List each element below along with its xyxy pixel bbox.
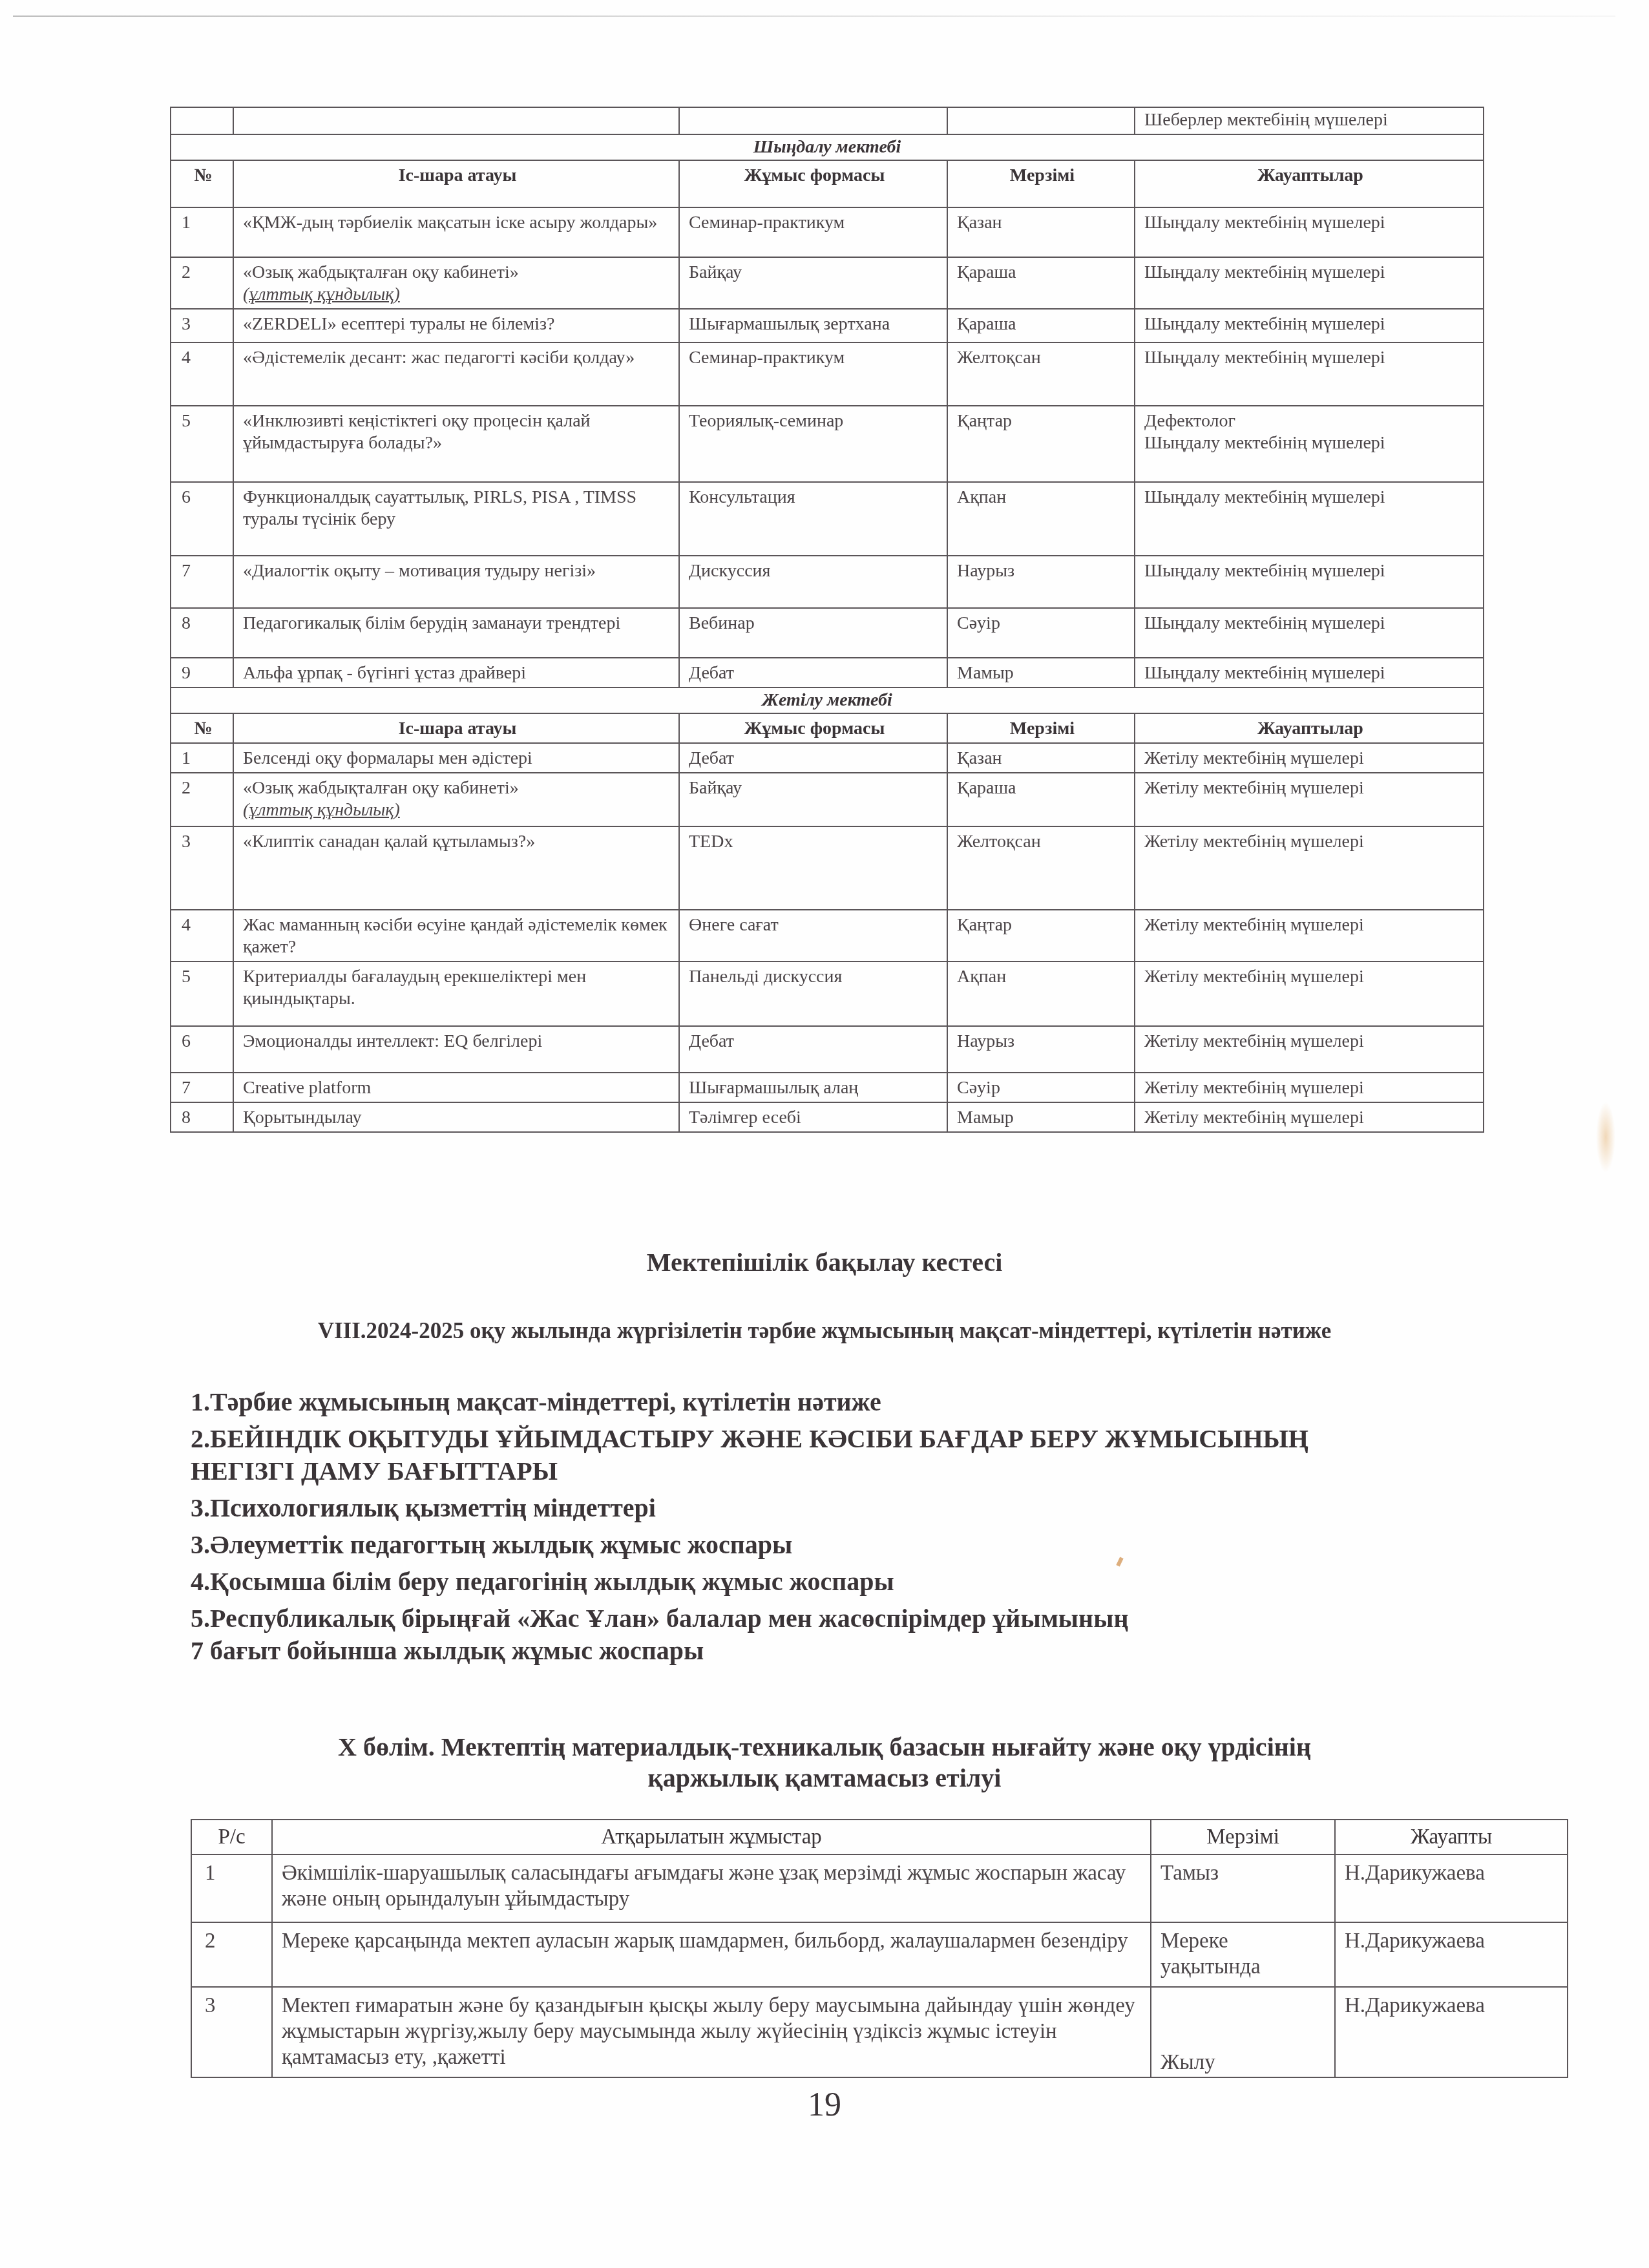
- cell-form-text: Семинар-практикум: [689, 213, 845, 233]
- table-row: 8Педагогикалық білім берудің заманауи тр…: [171, 608, 1484, 658]
- cell-responsible: Жетілу мектебінің мүшелері: [1135, 826, 1484, 910]
- col-header-num: Р/с: [191, 1820, 272, 1854]
- cell-responsible-text: Шыңдалу мектебінің мүшелері: [1144, 561, 1385, 581]
- cell-form: Семинар-практикум: [679, 342, 947, 406]
- cell-event: «Клиптік санадан қалай құтыламыз?»: [233, 826, 679, 910]
- cell-term-text: Желтоқсан: [957, 348, 1041, 368]
- section-title-row: Шыңдалу мектебі: [171, 134, 1484, 160]
- cell-event: Альфа ұрпақ - бүгінгі ұстаз драйвері: [233, 658, 679, 688]
- cell-num-text: 6: [182, 487, 191, 507]
- material-base-body: 1Әкімшілік-шаруашылық саласындағы ағымда…: [191, 1854, 1568, 2077]
- table-row: 2«Озық жабдықталған оқу кабинеті»(ұлттық…: [171, 773, 1484, 826]
- cell-form-text: TEDx: [689, 832, 733, 852]
- cell-responsible: Жетілу мектебінің мүшелері: [1135, 773, 1484, 826]
- cell-responsible-text: Шыңдалу мектебінің мүшелері: [1144, 314, 1385, 334]
- cell-num: 1: [171, 207, 233, 257]
- cell-term: Наурыз: [947, 556, 1135, 608]
- col-header-term: Мерзімі: [947, 713, 1135, 743]
- control-schedule-title: Мектепішілік бақылау кестесі: [0, 1247, 1649, 1277]
- carry-over-row: Шеберлер мектебінің мүшелері: [171, 107, 1484, 134]
- table-row: 7«Диалогтік оқыту – мотивация тудыру нег…: [171, 556, 1484, 608]
- cell-term-text: Сәуір: [957, 613, 1000, 633]
- cell-event-text: «Әдістемелік десант: жас педагогті кәсіб…: [243, 348, 635, 368]
- cell-num-text: 4: [182, 915, 191, 935]
- cell-responsible: Н.Дарикужаева: [1335, 1854, 1568, 1922]
- cell-term-text: Қараша: [957, 262, 1016, 282]
- section-x-title-line1: X бөлім. Мектептің материалдық-техникалы…: [0, 1732, 1649, 1763]
- cell-term: Қазан: [947, 207, 1135, 257]
- cell-responsible: Шыңдалу мектебінің мүшелері: [1135, 658, 1484, 688]
- cell-form-text: Теориялық-семинар: [689, 411, 843, 431]
- table-row: 3«Клиптік санадан қалай құтыламыз?»TEDxЖ…: [171, 826, 1484, 910]
- section-viii-title: VIII.2024-2025 оқу жылында жүргізілетін …: [0, 1318, 1649, 1344]
- cell-event: Критериалды бағалаудың ерекшеліктері мен…: [233, 961, 679, 1026]
- table-row: 1«ҚМЖ-дың тәрбиелік мақсатын іске асыру …: [171, 207, 1484, 257]
- paper-stain: [1596, 1102, 1615, 1173]
- cell-responsible: Шеберлер мектебінің мүшелері: [1135, 107, 1484, 134]
- cell-term-text: Ақпан: [957, 967, 1006, 987]
- cell-event: Эмоционалды интеллект: EQ белгілері: [233, 1026, 679, 1073]
- cell-term-text: Қаңтар: [957, 915, 1012, 935]
- cell-form-text: Дебат: [689, 748, 734, 768]
- section-title-row: Жетілу мектебі: [171, 688, 1484, 713]
- cell-form: Дебат: [679, 1026, 947, 1073]
- cell-num: 4: [171, 342, 233, 406]
- cell-term: Наурыз: [947, 1026, 1135, 1073]
- cell-num: 9: [171, 658, 233, 688]
- cell-responsible-text: Жетілу мектебінің мүшелері: [1144, 915, 1364, 935]
- plan-list-item: 1.Тәрбие жұмысының мақсат-міндеттері, кү…: [191, 1386, 1548, 1418]
- cell-responsible-text: Шыңдалу мектебінің мүшелері: [1144, 213, 1385, 233]
- cell-form: Шығармашылық алаң: [679, 1073, 947, 1102]
- cell-form-text: Өнеге сағат: [689, 915, 779, 935]
- cell-responsible-text: Жетілу мектебінің мүшелері: [1144, 832, 1364, 852]
- cell-num: 2: [171, 257, 233, 309]
- cell-form-text: Консультация: [689, 487, 795, 507]
- cell-term: Ақпан: [947, 961, 1135, 1026]
- cell-num: 2: [191, 1922, 272, 1987]
- cell-form: Тәлімгер есебі: [679, 1102, 947, 1132]
- cell-num-text: 3: [182, 314, 191, 334]
- col-header-form: Жұмыс формасы: [679, 160, 947, 207]
- cell-responsible: Шыңдалу мектебінің мүшелері: [1135, 342, 1484, 406]
- col-header-event: Іс-шара атауы: [233, 160, 679, 207]
- plan-list-item: НЕГІЗГІ ДАМУ БАҒЫТТАРЫ: [191, 1455, 1548, 1487]
- section-title: Жетілу мектебі: [171, 688, 1484, 713]
- cell-num-text: 8: [182, 1108, 191, 1128]
- cell-num: 1: [171, 743, 233, 773]
- cell-responsible: Шыңдалу мектебінің мүшелері: [1135, 207, 1484, 257]
- table-row: 4«Әдістемелік десант: жас педагогті кәсі…: [171, 342, 1484, 406]
- cell-form-text: Дебат: [689, 1031, 734, 1051]
- cell-num-text: 7: [182, 1078, 191, 1098]
- cell-form-text: Байқау: [689, 778, 742, 798]
- cell-term: Қаңтар: [947, 910, 1135, 961]
- table-row: 9Альфа ұрпақ - бүгінгі ұстаз драйверіДеб…: [171, 658, 1484, 688]
- cell-form: Консультация: [679, 482, 947, 556]
- cell-event: «Озық жабдықталған оқу кабинеті»(ұлттық …: [233, 257, 679, 309]
- table-row: 8ҚорытындылауТәлімгер есебіМамырЖетілу м…: [171, 1102, 1484, 1132]
- cell-work: Мектеп ғимаратын және бу қазандығын қысқ…: [272, 1987, 1151, 2077]
- cell-num-text: 4: [182, 348, 191, 368]
- cell-num: 4: [171, 910, 233, 961]
- cell-num: 5: [171, 406, 233, 482]
- cell-num-text: 5: [182, 967, 191, 987]
- table-row: 2«Озық жабдықталған оқу кабинеті»(ұлттық…: [171, 257, 1484, 309]
- table-row: 1Белсенді оқу формалары мен әдістеріДеба…: [171, 743, 1484, 773]
- plan-list-item: 2.БЕЙІНДІК ОҚЫТУДЫ ҰЙЫМДАСТЫРУ ЖӘНЕ КӘСІ…: [191, 1423, 1548, 1455]
- cell-term-text: Наурыз: [957, 1031, 1014, 1051]
- cell-num: 6: [171, 1026, 233, 1073]
- cell-num: 8: [171, 1102, 233, 1132]
- cell-term: Мереке уақытында: [1151, 1922, 1335, 1987]
- cell-form: Вебинар: [679, 608, 947, 658]
- cell-term: Желтоқсан: [947, 826, 1135, 910]
- cell-num: 3: [191, 1987, 272, 2077]
- cell-term: Қараша: [947, 773, 1135, 826]
- cell-responsible-text: Жетілу мектебінің мүшелері: [1144, 1031, 1364, 1051]
- col-header-responsible: Жауапты: [1335, 1820, 1568, 1854]
- cell-term-text: Желтоқсан: [957, 832, 1041, 852]
- table-row: 3«ZERDELI» есептері туралы не білеміз?Шы…: [171, 309, 1484, 342]
- cell-num-text: 2: [182, 778, 191, 798]
- cell-term: Мамыр: [947, 658, 1135, 688]
- cell-form-text: Дебат: [689, 663, 734, 683]
- cell-term: Қазан: [947, 743, 1135, 773]
- cell-term-text: Қараша: [957, 314, 1016, 334]
- scan-top-edge: [13, 16, 1615, 17]
- cell-form: Шығармашылық зертхана: [679, 309, 947, 342]
- cell-responsible: Жетілу мектебінің мүшелері: [1135, 1026, 1484, 1073]
- cell-form-text: Шығармашылық зертхана: [689, 314, 890, 334]
- table-row: 6Эмоционалды интеллект: EQ белгілеріДеба…: [171, 1026, 1484, 1073]
- plan-list-item: 7 бағыт бойынша жылдық жұмыс жоспары: [191, 1635, 1548, 1667]
- col-header-num: №: [171, 160, 233, 207]
- cell-term: Сәуір: [947, 1073, 1135, 1102]
- cell-responsible-text: Жетілу мектебінің мүшелері: [1144, 1108, 1364, 1128]
- cell-num-text: 8: [182, 613, 191, 633]
- cell-term-text: Қазан: [957, 748, 1002, 768]
- cell-term: [947, 107, 1135, 134]
- cell-responsible-text: Шыңдалу мектебінің мүшелері: [1144, 663, 1385, 683]
- cell-responsible: ДефектологШыңдалу мектебінің мүшелері: [1135, 406, 1484, 482]
- cell-form-text: Тәлімгер есебі: [689, 1108, 801, 1128]
- cell-form: Дискуссия: [679, 556, 947, 608]
- cell-form: Теориялық-семинар: [679, 406, 947, 482]
- cell-term: Ақпан: [947, 482, 1135, 556]
- cell-event-text: «ZERDELI» есептері туралы не білеміз?: [243, 314, 555, 334]
- cell-event: Белсенді оқу формалары мен әдістері: [233, 743, 679, 773]
- cell-responsible: Жетілу мектебінің мүшелері: [1135, 743, 1484, 773]
- cell-num-text: 6: [182, 1031, 191, 1051]
- table-row: 5«Инклюзивті кеңістіктегі оқу процесін қ…: [171, 406, 1484, 482]
- cell-term: Желтоқсан: [947, 342, 1135, 406]
- cell-form: Панельді дискуссия: [679, 961, 947, 1026]
- table-row: 6Функционалдық сауаттылық, PIRLS, PISA ,…: [171, 482, 1484, 556]
- column-header-row: №Іс-шара атауыЖұмыс формасыМерзіміЖауапт…: [171, 160, 1484, 207]
- col-header-form: Жұмыс формасы: [679, 713, 947, 743]
- table-row: 1Әкімшілік-шаруашылық саласындағы ағымда…: [191, 1854, 1568, 1922]
- cell-form: Дебат: [679, 743, 947, 773]
- col-header-responsible: Жауаптылар: [1135, 160, 1484, 207]
- col-header-responsible: Жауаптылар: [1135, 713, 1484, 743]
- cell-term-text: Қаңтар: [957, 411, 1012, 431]
- col-header-term: Мерзімі: [947, 160, 1135, 207]
- cell-term: Қаңтар: [947, 406, 1135, 482]
- cell-event: «Инклюзивті кеңістіктегі оқу процесін қа…: [233, 406, 679, 482]
- cell-event: Функционалдық сауаттылық, PIRLS, PISA , …: [233, 482, 679, 556]
- cell-event: «Озық жабдықталған оқу кабинеті»(ұлттық …: [233, 773, 679, 826]
- cell-num-text: 1: [182, 213, 191, 233]
- cell-event-text: «Клиптік санадан қалай құтыламыз?»: [243, 832, 535, 852]
- cell-event: Жас маманның кәсіби өсуіне қандай әдісте…: [233, 910, 679, 961]
- cell-form-text: Семинар-практикум: [689, 348, 845, 368]
- plan-list-item: 3.Психологиялық қызметтің міндеттері: [191, 1492, 1548, 1524]
- material-header-row: Р/с Атқарылатын жұмыстар Мерзімі Жауапты: [191, 1820, 1568, 1854]
- col-header-num: №: [171, 713, 233, 743]
- plan-list-item: 3.Әлеуметтік педагогтың жылдық жұмыс жос…: [191, 1529, 1548, 1561]
- table-row: 4Жас маманның кәсіби өсуіне қандай әдіст…: [171, 910, 1484, 961]
- schools-events-body: Шеберлер мектебінің мүшелері Шыңдалу мек…: [171, 107, 1484, 1132]
- section-title: Шыңдалу мектебі: [171, 134, 1484, 160]
- cell-event-text: Критериалды бағалаудың ерекшеліктері мен…: [243, 967, 586, 1009]
- cell-term-text: Ақпан: [957, 487, 1006, 507]
- cell-term: Жылу: [1151, 1987, 1335, 2077]
- cell-responsible: Шыңдалу мектебінің мүшелері: [1135, 257, 1484, 309]
- cell-event-text: Қорытындылау: [243, 1108, 362, 1128]
- cell-num: [171, 107, 233, 134]
- cell-event: [233, 107, 679, 134]
- cell-event-text: «ҚМЖ-дың тәрбиелік мақсатын іске асыру ж…: [243, 213, 657, 233]
- page-number: 19: [0, 2086, 1649, 2124]
- cell-event: Қорытындылау: [233, 1102, 679, 1132]
- cell-form-text: Шығармашылық алаң: [689, 1078, 858, 1098]
- cell-event-text: Эмоционалды интеллект: EQ белгілері: [243, 1031, 542, 1051]
- col-header-term: Мерзімі: [1151, 1820, 1335, 1854]
- cell-num: 1: [191, 1854, 272, 1922]
- cell-event: «Әдістемелік десант: жас педагогті кәсіб…: [233, 342, 679, 406]
- cell-event-text: «Озық жабдықталған оқу кабинеті»: [243, 262, 519, 282]
- plan-list: 1.Тәрбие жұмысының мақсат-міндеттері, кү…: [191, 1386, 1548, 1667]
- cell-event-text: Функционалдық сауаттылық, PIRLS, PISA , …: [243, 487, 636, 529]
- material-base-table: Р/с Атқарылатын жұмыстар Мерзімі Жауапты…: [191, 1819, 1568, 2078]
- cell-form-text: Панельді дискуссия: [689, 967, 842, 987]
- cell-responsible-text: Жетілу мектебінің мүшелері: [1144, 778, 1364, 798]
- cell-term: Қараша: [947, 309, 1135, 342]
- plan-list-item: 4.Қосымша білім беру педагогінің жылдық …: [191, 1566, 1548, 1598]
- cell-form: TEDx: [679, 826, 947, 910]
- cell-form: Байқау: [679, 773, 947, 826]
- cell-responsible-text: Шыңдалу мектебінің мүшелері: [1144, 348, 1385, 368]
- cell-num-text: 7: [182, 561, 191, 581]
- schools-events-table: Шеберлер мектебінің мүшелері Шыңдалу мек…: [170, 107, 1484, 1133]
- cell-num: 7: [171, 1073, 233, 1102]
- cell-event: Педагогикалық білім берудің заманауи тре…: [233, 608, 679, 658]
- cell-responsible-text: Жетілу мектебінің мүшелері: [1144, 1078, 1364, 1098]
- col-header-work: Атқарылатын жұмыстар: [272, 1820, 1151, 1854]
- cell-term: Тамыз: [1151, 1854, 1335, 1922]
- table-row: 3Мектеп ғимаратын және бу қазандығын қыс…: [191, 1987, 1568, 2077]
- cell-num: 8: [171, 608, 233, 658]
- cell-event-text: Creative platform: [243, 1078, 371, 1098]
- cell-num-text: 5: [182, 411, 191, 431]
- cell-form: [679, 107, 947, 134]
- cell-responsible: Жетілу мектебінің мүшелері: [1135, 1102, 1484, 1132]
- cell-term-text: Қазан: [957, 213, 1002, 233]
- cell-responsible: Шыңдалу мектебінің мүшелері: [1135, 482, 1484, 556]
- cell-form-text: Дискуссия: [689, 561, 770, 581]
- cell-work: Мереке қарсаңында мектеп ауласын жарық ш…: [272, 1922, 1151, 1987]
- responsible-extra: Шыңдалу мектебінің мүшелері: [1144, 432, 1476, 454]
- cell-num: 5: [171, 961, 233, 1026]
- cell-term-text: Сәуір: [957, 1078, 1000, 1098]
- cell-responsible: Жетілу мектебінің мүшелері: [1135, 961, 1484, 1026]
- cell-term: Сәуір: [947, 608, 1135, 658]
- cell-responsible: Н.Дарикужаева: [1335, 1922, 1568, 1987]
- cell-term: Мамыр: [947, 1102, 1135, 1132]
- column-header-row: №Іс-шара атауыЖұмыс формасыМерзіміЖауапт…: [171, 713, 1484, 743]
- cell-event-text: Жас маманның кәсіби өсуіне қандай әдісте…: [243, 915, 667, 957]
- cell-responsible: Н.Дарикужаева: [1335, 1987, 1568, 2077]
- cell-event-text: «Инклюзивті кеңістіктегі оқу процесін қа…: [243, 411, 591, 453]
- cell-form-text: Байқау: [689, 262, 742, 282]
- cell-num: 7: [171, 556, 233, 608]
- cell-responsible-text: Дефектолог: [1144, 411, 1235, 431]
- cell-form: Дебат: [679, 658, 947, 688]
- cell-responsible-text: Шыңдалу мектебінің мүшелері: [1144, 613, 1385, 633]
- cell-event-text: «Диалогтік оқыту – мотивация тудыру негі…: [243, 561, 596, 581]
- section-x-title: X бөлім. Мектептің материалдық-техникалы…: [0, 1732, 1649, 1794]
- cell-form-text: Вебинар: [689, 613, 755, 633]
- cell-work: Әкімшілік-шаруашылық саласындағы ағымдағ…: [272, 1854, 1151, 1922]
- cell-event: «Диалогтік оқыту – мотивация тудыру негі…: [233, 556, 679, 608]
- cell-responsible: Шыңдалу мектебінің мүшелері: [1135, 608, 1484, 658]
- plan-list-item: 5.Республикалық бірыңғай «Жас Ұлан» бала…: [191, 1602, 1548, 1635]
- cell-event-text: Альфа ұрпақ - бүгінгі ұстаз драйвері: [243, 663, 526, 683]
- cell-term: Қараша: [947, 257, 1135, 309]
- section-x-title-line2: қаржылық қамтамасыз етілуі: [0, 1763, 1649, 1794]
- cell-term-text: Мамыр: [957, 663, 1014, 683]
- cell-term-text: Мамыр: [957, 1108, 1014, 1128]
- cell-event-text: «Озық жабдықталған оқу кабинеті»: [243, 778, 519, 798]
- cell-form: Өнеге сағат: [679, 910, 947, 961]
- cell-num-text: 3: [182, 832, 191, 852]
- col-header-event: Іс-шара атауы: [233, 713, 679, 743]
- cell-event: «ҚМЖ-дың тәрбиелік мақсатын іске асыру ж…: [233, 207, 679, 257]
- cell-num: 2: [171, 773, 233, 826]
- cell-num: 3: [171, 826, 233, 910]
- cell-responsible-text: Жетілу мектебінің мүшелері: [1144, 967, 1364, 987]
- event-note: (ұлттық құндылық): [243, 799, 672, 821]
- event-note: (ұлттық құндылық): [243, 284, 672, 306]
- cell-form: Байқау: [679, 257, 947, 309]
- cell-responsible: Шыңдалу мектебінің мүшелері: [1135, 556, 1484, 608]
- table-row: 5Критериалды бағалаудың ерекшеліктері ме…: [171, 961, 1484, 1026]
- table-row: 2Мереке қарсаңында мектеп ауласын жарық …: [191, 1922, 1568, 1987]
- cell-responsible: Шыңдалу мектебінің мүшелері: [1135, 309, 1484, 342]
- cell-num-text: 2: [182, 262, 191, 282]
- cell-num-text: 9: [182, 663, 191, 683]
- cell-event: Creative platform: [233, 1073, 679, 1102]
- cell-term-text: Наурыз: [957, 561, 1014, 581]
- cell-num-text: 1: [182, 748, 191, 768]
- cell-responsible: Жетілу мектебінің мүшелері: [1135, 1073, 1484, 1102]
- table-row: 7Creative platformШығармашылық алаңСәуір…: [171, 1073, 1484, 1102]
- cell-term-text: Қараша: [957, 778, 1016, 798]
- cell-num: 6: [171, 482, 233, 556]
- cell-event: «ZERDELI» есептері туралы не білеміз?: [233, 309, 679, 342]
- cell-responsible-text: Жетілу мектебінің мүшелері: [1144, 748, 1364, 768]
- cell-event-text: Педагогикалық білім берудің заманауи тре…: [243, 613, 620, 633]
- cell-form: Семинар-практикум: [679, 207, 947, 257]
- cell-responsible-text: Шыңдалу мектебінің мүшелері: [1144, 487, 1385, 507]
- cell-num: 3: [171, 309, 233, 342]
- cell-event-text: Белсенді оқу формалары мен әдістері: [243, 748, 532, 768]
- cell-responsible-text: Шыңдалу мектебінің мүшелері: [1144, 262, 1385, 282]
- cell-responsible: Жетілу мектебінің мүшелері: [1135, 910, 1484, 961]
